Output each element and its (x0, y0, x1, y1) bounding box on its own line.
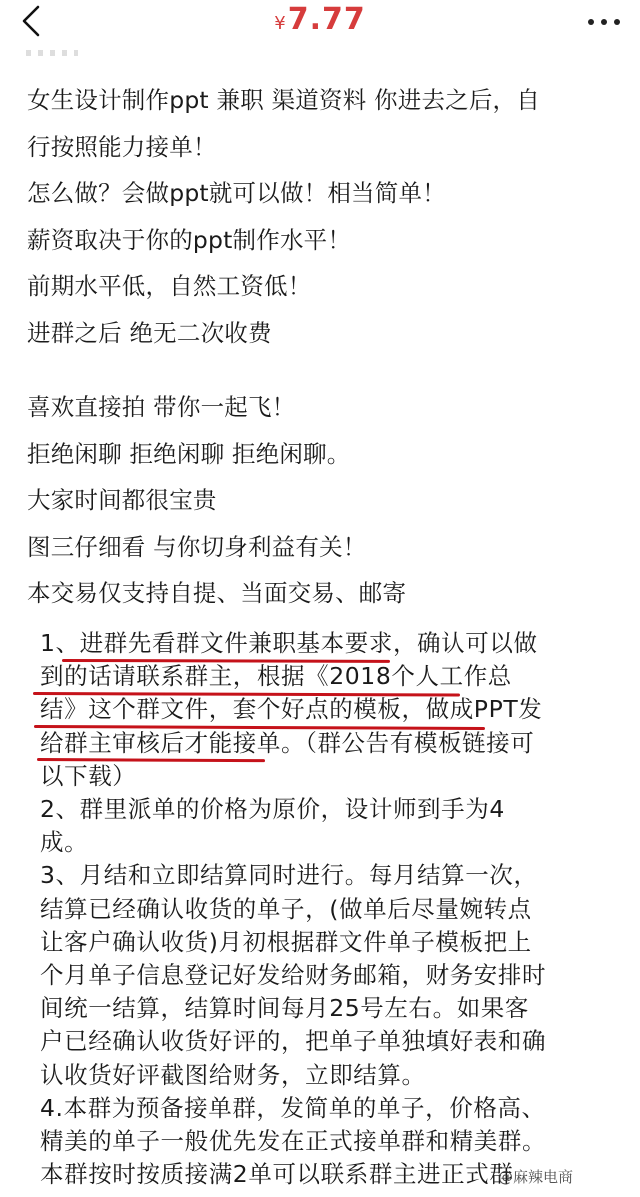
currency-symbol: ¥ (274, 13, 285, 34)
rule-line: 2、群里派单的价格为原价，设计师到手为4 (40, 793, 600, 826)
faded-subtitle (26, 50, 78, 56)
rule-line: 1、进群先看群文件兼职基本要求，确认可以做 (40, 627, 600, 660)
rule-line: 户已经确认收货好评的，把单子单独填好表和确 (40, 1025, 600, 1058)
more-dots-icon (588, 19, 594, 25)
desc-line: 女生设计制作ppt 兼职 渠道资料 你进去之后，自 (27, 77, 627, 124)
description-block-2: 喜欢直接拍 带你一起飞！ 拒绝闲聊 拒绝闲聊 拒绝闲聊。 大家时间都很宝贵 图三… (27, 384, 627, 617)
desc-line: 进群之后 绝无二次收费 (27, 310, 627, 357)
description-block-1: 女生设计制作ppt 兼职 渠道资料 你进去之后，自 行按照能力接单！ 怎么做？会… (27, 77, 627, 356)
more-options-button[interactable] (588, 16, 620, 28)
watermark: @麻辣电商 (498, 1166, 573, 1187)
rule-line: 4.本群为预备接单群，发简单的单子，价格高、 (40, 1092, 600, 1125)
desc-line: 图三仔细看 与你切身利益有关！ (27, 524, 627, 571)
desc-line: 大家时间都很宝贵 (27, 477, 627, 524)
price-display: ¥7.77 (0, 2, 640, 37)
more-dots-icon (601, 19, 607, 25)
more-dots-icon (614, 19, 620, 25)
desc-line: 行按照能力接单！ (27, 124, 627, 171)
rule-line: 让客户确认收货)月初根据群文件单子模板把上 (40, 926, 600, 959)
desc-line: 前期水平低，自然工资低！ (27, 263, 627, 310)
top-navigation-bar: ¥7.77 (0, 0, 640, 44)
rule-line: 认收货好评截图给财务，立即结算。 (40, 1059, 600, 1092)
desc-line: 薪资取决于你的ppt制作水平！ (27, 217, 627, 264)
rule-line: 结》这个群文件，套个好点的模板，做成PPT发 (40, 693, 600, 726)
rule-line: 3、月结和立即结算同时进行。每月结算一次， (40, 859, 600, 892)
rule-line: 给群主审核后才能接单。（群公告有模板链接可 (40, 727, 600, 760)
desc-line: 拒绝闲聊 拒绝闲聊 拒绝闲聊。 (27, 431, 627, 478)
rule-line: 成。 (40, 826, 600, 859)
desc-line: 喜欢直接拍 带你一起飞！ (27, 384, 627, 431)
rule-line: 个月单子信息登记好发给财务邮箱，财务安排时 (40, 959, 600, 992)
desc-line: 怎么做？会做ppt就可以做！相当简单！ (27, 170, 627, 217)
desc-line: 本交易仅支持自提、当面交易、邮寄 (27, 570, 627, 617)
group-rules-screenshot: 1、进群先看群文件兼职基本要求，确认可以做 到的话请联系群主，根据《2018个人… (40, 627, 600, 1191)
price-amount: 7.77 (288, 2, 366, 37)
rule-line: 精美的单子一般优先发在正式接单群和精美群。 (40, 1125, 600, 1158)
rule-line: 到的话请联系群主，根据《2018个人工作总 (40, 660, 600, 693)
rule-line: 以下载） (40, 760, 600, 793)
rule-line: 间统一结算，结算时间每月25号左右。如果客 (40, 992, 600, 1025)
rule-line: 结算已经确认收货的单子，(做单后尽量婉转点 (40, 893, 600, 926)
